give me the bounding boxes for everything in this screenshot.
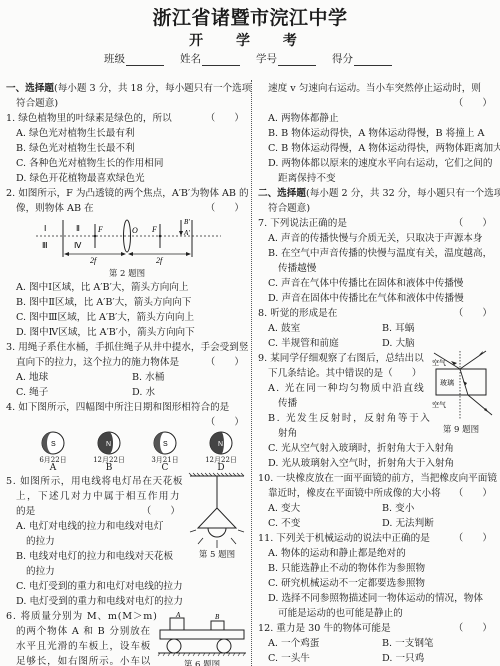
q1-option-c: C. 各种色光对植物生长的作用相同 <box>6 156 248 171</box>
q4-answer-blank[interactable]: （ ） <box>206 415 244 430</box>
q11-answer-blank[interactable]: （ ） <box>454 531 492 546</box>
q3-stem-text: 直向下的拉力，这个拉力的施力物体是 <box>16 357 179 368</box>
q12-answer-blank[interactable]: （ ） <box>454 621 492 636</box>
q10-options-row2: C. 不变D. 无法判断 <box>258 516 496 531</box>
svg-text:O: O <box>132 226 138 235</box>
q6-option-d: D. 两物体都以原来的速度水平向右运动，它们之间的 <box>258 156 496 171</box>
section2-title: 二、选择题 <box>258 188 306 199</box>
q6-option-a: A. 两物体都静止 <box>258 111 496 126</box>
svg-text:S: S <box>51 441 56 448</box>
q6-stem-cont2: 水平且光滑的车板上，设车板 <box>6 639 154 654</box>
section2-header: 二、选择题(每小题 2 分，共 32 分，每小题只有一个选项 <box>258 186 496 201</box>
q12-stem: 12. 重力是 30 牛的物体可能是（ ） <box>258 621 496 636</box>
svg-text:A′: A′ <box>183 229 190 237</box>
q11-option-d-cont: 可能是运动的也可能是静止的 <box>258 606 496 621</box>
hanging-lamp-diagram <box>186 472 248 550</box>
q9-stem: 9. 某同学仔细观察了右图后，总结出以 <box>258 351 428 366</box>
class-blank[interactable] <box>126 55 164 66</box>
q11-stem-text: 11. 下列关于机械运动的说法中正确的是 <box>258 533 430 544</box>
q12-option-d: D. 一只鸡 <box>382 651 496 666</box>
earth-illumination-icon: S <box>40 430 66 456</box>
q4-earth-figures: S 6月22日 A N 12月22日 B S <box>6 430 248 474</box>
q2-option-c: C. 图中Ⅲ区域，比 A′B′大，箭头方向向上 <box>6 310 248 325</box>
q6-paren-line: （ ） <box>258 96 496 111</box>
column-divider <box>251 80 252 666</box>
svg-text:B: B <box>215 613 220 621</box>
q9-block: 9. 某同学仔细观察了右图后，总结出以 下几条结论。其中错误的是（ ） A. 光… <box>258 351 496 441</box>
q10-option-d: D. 无法判断 <box>382 516 496 531</box>
q7-answer-blank[interactable]: （ ） <box>454 216 492 231</box>
q10-stem: 10. 一块橡皮放在一面平面镜的前方，当把橡皮向平面镜 <box>258 471 496 486</box>
svg-text:F: F <box>151 225 157 234</box>
score-field[interactable]: 得分 <box>332 51 392 66</box>
student-id-label: 学号 <box>256 51 277 66</box>
q3-option-c: C. 绳子 <box>16 385 132 400</box>
q10-option-c: C. 不变 <box>268 516 382 531</box>
q9-figure-caption: 第 9 题图 <box>426 423 496 438</box>
q9-stem-cont[interactable]: 下几条结论。其中错误的是（ ） <box>258 366 428 381</box>
q4-c-letter: C <box>148 464 182 473</box>
school-title: 浙江省诸暨市浣江中学 <box>0 3 500 30</box>
q11-option-b: B. 只能选静止不动的物体作为参照物 <box>258 561 496 576</box>
q4-stem: 4. 如下图所示，四幅图中所注日期和图形相符合的是 <box>6 400 248 415</box>
q2-option-a: A. 图中Ⅰ区域，比 A′B′大，箭头方向向上 <box>6 280 248 295</box>
q4-a-letter: A <box>36 464 70 473</box>
score-label: 得分 <box>332 51 353 66</box>
region-1-label: Ⅰ <box>44 224 46 233</box>
section1-note: (每小题 3 分，共 18 分，每小题只有一个选项 <box>54 83 251 94</box>
q6-stem: 6. 将质量分别为 M、m(M＞m) <box>6 609 154 624</box>
q1-option-d: D. 绿色开花植物最喜欢绿色光 <box>6 171 248 186</box>
q1-stem: 1. 绿色植物里的叶绿素是绿色的，所以（ ） <box>6 111 248 126</box>
q6-stem-right: 速度 v 匀速向右运动。当小车突然停止运动时，则 <box>258 81 496 96</box>
right-column: 速度 v 匀速向右运动。当小车突然停止运动时，则 （ ） A. 两物体都静止 B… <box>258 81 496 666</box>
q2-option-d: D. 图中Ⅳ区域，比 A′B′小，箭头方向向下 <box>6 325 248 340</box>
q8-stem: 8. 听觉的形成是在（ ） <box>258 306 496 321</box>
q12-options-row2: C. 一头牛D. 一只鸡 <box>258 651 496 666</box>
q1-answer-blank[interactable]: （ ） <box>206 111 244 126</box>
q12-option-a: A. 一个鸡蛋 <box>268 636 382 651</box>
q4-figure-c: S 3月21日 C <box>148 430 182 474</box>
region-3-label: Ⅲ <box>42 241 48 250</box>
q9-option-a: A. 光在同一种均匀物质中沿直线 <box>258 381 428 396</box>
q2-stem: 2. 如图所示，F 为凸透镜的两个焦点，A′B′为物体 AB 的 <box>6 186 248 201</box>
q2-stem-text: 像，则物体 AB 在 <box>16 203 94 214</box>
q8-answer-blank[interactable]: （ ） <box>454 306 492 321</box>
q5-option-b-cont: 的拉力 <box>6 564 186 579</box>
q8-option-a: A. 鼓室 <box>268 321 382 336</box>
q3-options-row2: C. 绳子D. 水 <box>6 385 248 400</box>
q3-options-row1: A. 地球B. 水桶 <box>6 370 248 385</box>
svg-text:S: S <box>163 441 168 448</box>
q4-figure-b: N 12月22日 B <box>92 430 126 474</box>
q10-stem-cont: 靠近时，橡皮在平面镜中所成像的大小将（ ） <box>258 486 496 501</box>
q5-option-a: A. 电灯对电线的拉力和电线对电灯 <box>6 519 186 534</box>
student-id-field[interactable]: 学号 <box>256 51 316 66</box>
q9-option-b: B. 光发生反射时，反射角等于入 <box>258 411 428 426</box>
name-blank[interactable] <box>202 55 240 66</box>
q2-lens-figure: Ⅰ Ⅱ Ⅲ Ⅳ F O F B′ A′ 2f 2f 第 2 题图 <box>6 216 248 280</box>
q5-option-d: D. 电灯受到的重力和电线对电灯的拉力 <box>6 594 248 609</box>
q2-stem-cont: 像，则物体 AB 在（ ） <box>6 201 248 216</box>
region-4-label: Ⅳ <box>74 241 82 250</box>
svg-text:2f: 2f <box>156 256 164 265</box>
name-field[interactable]: 姓名 <box>180 51 240 66</box>
q8-options-row1: A. 鼓室B. 耳蜗 <box>258 321 496 336</box>
svg-text:B′: B′ <box>184 218 190 226</box>
svg-text:N: N <box>106 441 111 448</box>
q6-option-c: C. B 物体运动得慢，A 物体运动得快，两物体距离加大 <box>258 141 496 156</box>
q11-stem: 11. 下列关于机械运动的说法中正确的是（ ） <box>258 531 496 546</box>
section1-title: 一、选择题 <box>6 83 54 94</box>
q10-option-a: A. 变大 <box>268 501 382 516</box>
left-column: 一、选择题(每小题 3 分，共 18 分，每小题只有一个选项 符合题意) 1. … <box>6 81 248 666</box>
q11-option-d: D. 选择不同参照物描述同一物体运动的情况，物体 <box>258 591 496 606</box>
q10-answer-blank[interactable]: （ ） <box>454 486 492 501</box>
svg-text:N: N <box>218 441 223 448</box>
q6-cart-figure: A B 第 6 题图 <box>156 609 248 666</box>
student-id-blank[interactable] <box>278 55 316 66</box>
q12-stem-text: 12. 重力是 30 牛的物体可能是 <box>258 623 391 634</box>
q3-stem-cont: 直向下的拉力，这个拉力的施力物体是（ ） <box>6 355 248 370</box>
q9-option-c: C. 光从空气射入玻璃时，折射角大于入射角 <box>258 441 496 456</box>
q6-figure-caption: 第 6 题图 <box>156 658 248 666</box>
q9-option-b-cont: 射角 <box>258 426 428 441</box>
q4-paren-line: （ ） <box>6 415 248 430</box>
q5-stem-text: 的是 <box>16 506 35 517</box>
q3-option-a: A. 地球 <box>16 370 132 385</box>
q6-option-d-cont: 距离保持不变 <box>258 171 496 186</box>
q6-answer-blank[interactable]: （ ） <box>454 96 492 111</box>
q11-option-a: A. 物体的运动和静止都是绝对的 <box>258 546 496 561</box>
q7-option-d: D. 声音在固体中传播比在气体和液体中传播慢 <box>258 291 496 306</box>
q3-answer-blank[interactable]: （ ） <box>206 355 244 370</box>
q6-stem-cont3: 足够长，如右图所示。小车以 <box>6 654 154 666</box>
q10-option-b: B. 变小 <box>382 501 496 516</box>
exam-title: 开 学 考 <box>0 30 500 50</box>
earth-illumination-icon: N <box>96 430 122 456</box>
q4-figure-a: S 6月22日 A <box>36 430 70 474</box>
q9-option-a-cont: 传播 <box>258 396 428 411</box>
q2-option-b: B. 图中Ⅱ区域，比 A′B′大，箭头方向向下 <box>6 295 248 310</box>
earth-illumination-icon: S <box>152 430 178 456</box>
q5-option-c: C. 电灯受到的重力和电灯对电线的拉力 <box>6 579 248 594</box>
score-blank[interactable] <box>354 55 392 66</box>
svg-text:2f: 2f <box>90 256 98 265</box>
section1-header: 一、选择题(每小题 3 分，共 18 分，每小题只有一个选项 <box>6 81 248 96</box>
convex-lens-diagram: Ⅰ Ⅱ Ⅲ Ⅳ F O F B′ A′ 2f 2f <box>6 216 248 268</box>
q12-option-c: C. 一头牛 <box>268 651 382 666</box>
exam-page: 浙江省诸暨市浣江中学 开 学 考 班级 姓名 学号 得分 一、选择题(每小题 3… <box>0 0 500 666</box>
q2-answer-blank[interactable]: （ ） <box>206 201 244 216</box>
q7-option-b-cont: 传播越慢 <box>258 261 496 276</box>
class-field[interactable]: 班级 <box>104 51 164 66</box>
q1-option-b: B. 绿色光对植物生长最不利 <box>6 141 248 156</box>
q1-stem-text: 1. 绿色植物里的叶绿素是绿色的，所以 <box>6 113 172 124</box>
q3-option-d: D. 水 <box>132 385 248 400</box>
light-refraction-diagram: 空气 玻璃 空气 <box>426 347 496 427</box>
q7-option-c: C. 声音在气体中传播比在固体和液体中传播慢 <box>258 276 496 291</box>
q8-stem-text: 8. 听觉的形成是在 <box>258 308 337 319</box>
q6-stem-cont1: 的两个物体 A 和 B 分别放在 <box>6 624 154 639</box>
earth-illumination-icon: N <box>208 430 234 456</box>
q7-stem-text: 7. 下列说法正确的是 <box>258 218 347 229</box>
class-label: 班级 <box>104 51 125 66</box>
q7-stem: 7. 下列说法正确的是（ ） <box>258 216 496 231</box>
section2-note: (每小题 2 分，共 32 分，每小题只有一个选项 <box>306 188 500 199</box>
q7-option-b: B. 在空气中声音传播的快慢与温度有关，温度越高， <box>258 246 496 261</box>
q4-b-letter: B <box>92 464 126 473</box>
q1-option-a: A. 绿色光对植物生长最有利 <box>6 126 248 141</box>
q3-option-b: B. 水桶 <box>132 370 248 385</box>
name-label: 姓名 <box>180 51 201 66</box>
glass-label: 玻璃 <box>440 378 454 387</box>
q5-answer-blank[interactable]: （ ） <box>142 504 180 519</box>
student-info-row: 班级 姓名 学号 得分 <box>104 51 392 66</box>
svg-text:F: F <box>97 225 103 234</box>
q5-figure-caption: 第 5 题图 <box>186 548 248 563</box>
q5-block: 5. 如图所示，用电线将电灯吊在天花板 上，下述几对力中属于相互作用力 的是（ … <box>6 474 248 579</box>
q5-stem-cont: 上，下述几对力中属于相互作用力 <box>6 489 186 504</box>
q5-option-b: B. 电线对电灯的拉力和电线对天花板 <box>6 549 186 564</box>
q9-refraction-figure: 空气 玻璃 空气 第 9 题图 <box>426 347 496 438</box>
air-bottom-label: 空气 <box>432 400 446 409</box>
q8-option-b: B. 耳蜗 <box>382 321 496 336</box>
q10-stem-text: 靠近时，橡皮在平面镜中所成像的大小将 <box>268 488 441 499</box>
q8-option-c: C. 半规管和前庭 <box>268 336 382 351</box>
region-2-label: Ⅱ <box>76 224 80 233</box>
section1-note-cont: 符合题意) <box>6 96 248 111</box>
section2-note-cont: 符合题意) <box>258 201 496 216</box>
air-top-label: 空气 <box>432 358 446 367</box>
q9-option-d: D. 光从玻璃射入空气时，折射角大于入射角 <box>258 456 496 471</box>
q7-option-a: A. 声音的传播快慢与介质无关，只取决于声源本身 <box>258 231 496 246</box>
q12-option-b: B. 一支钢笔 <box>382 636 496 651</box>
q5-option-a-cont: 的拉力 <box>6 534 186 549</box>
q12-options-row1: A. 一个鸡蛋B. 一支钢笔 <box>258 636 496 651</box>
q6-option-b: B. B 物体运动得快，A 物体运动得慢，B 将撞上 A <box>258 126 496 141</box>
q11-option-c: C. 研究机械运动不一定都要选参照物 <box>258 576 496 591</box>
q5-lamp-figure: 第 5 题图 <box>186 472 248 563</box>
q3-stem: 3. 用绳子系住水桶，手抓住绳子从井中提水，手会受到竖 <box>6 340 248 355</box>
q10-options-row1: A. 变大B. 变小 <box>258 501 496 516</box>
q4-figure-d: N 12月22日 D <box>204 430 238 474</box>
cart-diagram: A B <box>156 609 248 661</box>
q5-stem-cont2: 的是（ ） <box>6 504 186 519</box>
q6-block: 6. 将质量分别为 M、m(M＞m) 的两个物体 A 和 B 分别放在 水平且光… <box>6 609 248 666</box>
q5-stem: 5. 如图所示，用电线将电灯吊在天花板 <box>6 474 186 489</box>
